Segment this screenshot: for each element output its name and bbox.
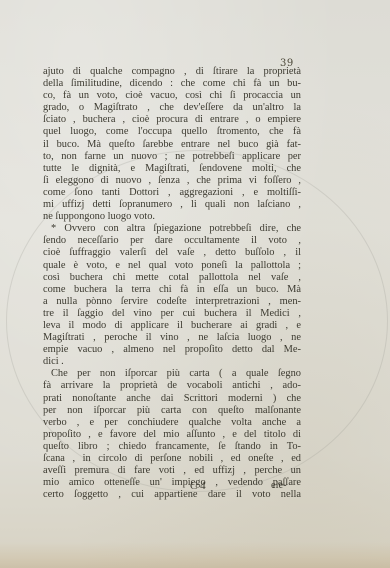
text-line: mi uffizj detti ſopranumero , li quali n…: [43, 199, 301, 211]
text-line: cioè ſuffraggio valerſi del vaſe , detto…: [43, 247, 301, 259]
text-line: come ſono tanti Dottori , aggregazioni ,…: [43, 187, 301, 199]
text-line: certo ſoggetto , cui appartiene dare il …: [43, 489, 301, 501]
text-line: fà arrivare la proprietà de vocaboli ant…: [43, 380, 301, 392]
text-line: della ſimilitudine, dicendo : che come c…: [43, 78, 301, 90]
text-line: ſendo neceſſario per dare occultamente i…: [43, 235, 301, 247]
text-line: tre il ſaggio del vino per cui buchera i…: [43, 308, 301, 320]
text-line: ſcana , in circolo di perſone nobili , e…: [43, 453, 301, 465]
text-line: propoſito , e favore del mio aſſunto , e…: [43, 429, 301, 441]
text-line: come buchera la terra chi fà in eſſa un …: [43, 284, 301, 296]
text-line: queſto libro ; chiedo francamente, ſe ſt…: [43, 441, 301, 453]
text-line: quel luogo, come l'occupa quello ſtromen…: [43, 126, 301, 138]
book-page: 39 ajuto di qualche compagno , di ſtirar…: [0, 0, 390, 568]
body-text: ajuto di qualche compagno , di ſtirare l…: [43, 66, 301, 501]
text-line: co, fà un voto, cioè vacuo, così chi ſi …: [43, 90, 301, 102]
text-line: leva il modo di applicare il bucherare a…: [43, 320, 301, 332]
text-line: ſciato , buchera , cioè procura di entra…: [43, 114, 301, 126]
text-line: Magiſtrati , peroche il vino , ne laſcia…: [43, 332, 301, 344]
text-line: quale è voto, e nel qual voto poneſi la …: [43, 260, 301, 272]
catchword: ele-: [271, 480, 287, 491]
text-line: empie vacuo , almeno nel propoſito detto…: [43, 344, 301, 356]
text-line: per non iſporcar più carta con queſto ma…: [43, 405, 301, 417]
text-line: così buchera chi mette cotal pallottola …: [43, 272, 301, 284]
text-line: tutte le dignità, e Magiſtrati, ſendoven…: [43, 163, 301, 175]
text-line: a nulla pònno ſervire codeſte interpretr…: [43, 296, 301, 308]
text-line: Che per non iſporcar più carta ( a quale…: [43, 368, 301, 380]
text-line: ſi eleggono di nuovo , ſenza , che prima…: [43, 175, 301, 187]
text-line: grado, o Magiſtrato , che dev'eſſere da …: [43, 102, 301, 114]
text-line: verbo , e per conchiudere qualche volta …: [43, 417, 301, 429]
text-line: * Ovvero con altra ſpiegazione potrebbeſ…: [43, 223, 301, 235]
text-line: to, non farne un nuovo ; ne potrebbeſi a…: [43, 151, 301, 163]
page-edge-stain: [0, 542, 390, 568]
text-line: il buco. Mà queſto ſarebbe entrare nel b…: [43, 139, 301, 151]
text-line: dici .: [43, 356, 301, 368]
text-line: ne ſuppongono luogo voto.: [43, 211, 301, 223]
text-line: prati nonoſtante anche dai Scrittori mod…: [43, 393, 301, 405]
signature-mark: C 4: [190, 480, 206, 492]
text-line: aveſſi premura di fare voti , ed uffizj …: [43, 465, 301, 477]
text-line: mio amico otteneſſe un' impiego , vedend…: [43, 477, 301, 489]
text-line: ajuto di qualche compagno , di ſtirare l…: [43, 66, 301, 78]
